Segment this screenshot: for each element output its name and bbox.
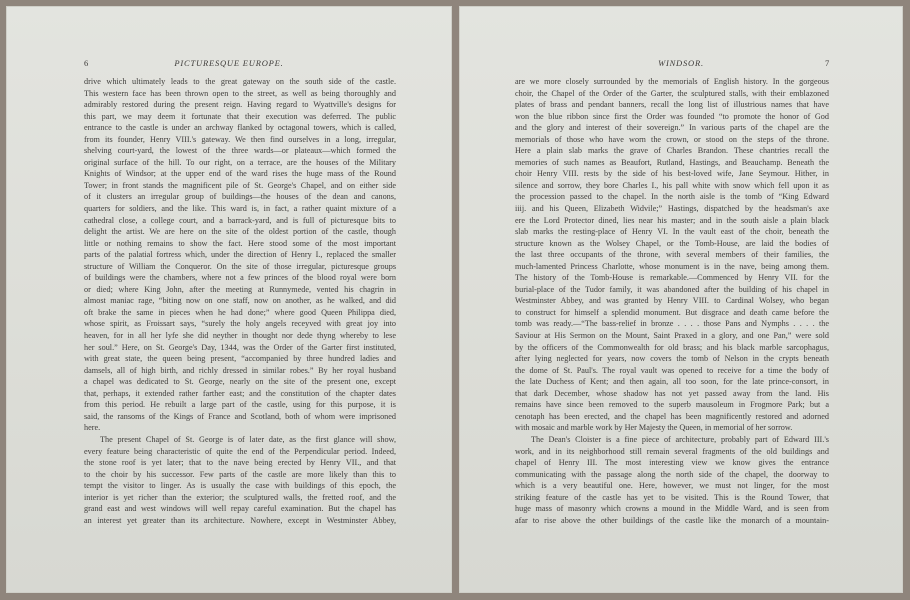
text-line: damsels, all of high birth, and richly d… — [84, 365, 396, 377]
text-line: choir Henry VIII. rests by the side of h… — [515, 168, 829, 180]
text-line: of it clusters an irregular group of bui… — [84, 191, 396, 203]
text-line: said, the ransoms of the Kings of France… — [84, 411, 396, 423]
text-line: afar to rise above the other buildings o… — [515, 515, 829, 527]
text-line: structure of William the Conqueror. On t… — [84, 261, 396, 273]
text-line: after lying neglected for years, now cov… — [515, 353, 829, 365]
text-line: memorials of those who have worn the cro… — [515, 134, 829, 146]
text-line: to the choir by his successor. Few parts… — [84, 469, 396, 481]
text-line: a chapel was dedicated to St. George, ne… — [84, 376, 396, 388]
text-line: of buildings were the chambers, where no… — [84, 272, 396, 284]
text-line: Saviour at His Sermon on the Mount, Sain… — [515, 330, 829, 342]
text-line: entrance to the castle is under an archw… — [84, 122, 396, 134]
text-line: that, perhaps, it extended rather farthe… — [84, 388, 396, 400]
text-line: or died; where King John, after the meet… — [84, 284, 396, 296]
text-line: tomb was ready.—“The bass-relief in bron… — [515, 318, 829, 330]
text-line: huge mass of masonry which crowns a moun… — [515, 503, 829, 515]
text-line: the procession passed to the chapel. In … — [515, 191, 829, 203]
text-line: admirably restored during the present re… — [84, 99, 396, 111]
text-line: quarters for soldiers, and the like. Thi… — [84, 203, 396, 215]
text-line: chapel of Henry III. The most interestin… — [515, 457, 829, 469]
text-line: This western face has been thrown open t… — [84, 88, 396, 100]
text-line: iiij. and his Queen, Elizabeth Widvile;”… — [515, 203, 829, 215]
running-title: WINDSOR. — [459, 58, 903, 68]
text-line: Knights of Windsor; at the upper end of … — [84, 168, 396, 180]
text-line: structure known as the Wolsey Chapel, or… — [515, 238, 829, 250]
text-line: plates of brass and pendant banners, rec… — [515, 99, 829, 111]
text-line: work, and in its neighborhood still rema… — [515, 446, 829, 458]
text-line: interior is yet richer than the exterior… — [84, 492, 396, 504]
text-line: remains have since been removed to the s… — [515, 399, 829, 411]
text-line: burial-place of the Tudor family, it was… — [515, 284, 829, 296]
text-line: her soul.” Here, on St. George's Day, 13… — [84, 342, 396, 354]
text-line: oft brake the same in pieces when he had… — [84, 307, 396, 319]
text-line: The present Chapel of St. George is of l… — [84, 434, 396, 446]
right-page: WINDSOR. 7 are we more closely surrounde… — [459, 6, 903, 593]
right-page-body-text: are we more closely surrounded by the me… — [515, 76, 829, 526]
text-line: original surface of the hill. To our rig… — [84, 157, 396, 169]
page-number: 7 — [825, 58, 829, 68]
text-line: from its founder, Henry VIII.'s gateway.… — [84, 134, 396, 146]
text-line: choir, the Chapel of the Order of the Ga… — [515, 88, 829, 100]
running-title: PICTURESQUE EUROPE. — [6, 58, 452, 68]
text-line: that dark December, whose shadow has not… — [515, 388, 829, 400]
text-line: with great state, the queen being presen… — [84, 353, 396, 365]
text-line: slab marks the resting-place of Henry VI… — [515, 226, 829, 238]
text-line: The history of the Tomb-House is remarka… — [515, 272, 829, 284]
text-line: the dome of St. Paul's. The royal vault … — [515, 365, 829, 377]
text-line: by the officers of the Commonwealth for … — [515, 342, 829, 354]
text-line: silence and sorrow, they bore Charles I.… — [515, 180, 829, 192]
text-line: delight the artist. We are here on the s… — [84, 226, 396, 238]
text-line: Here a plain slab marks the grave of Cha… — [515, 145, 829, 157]
text-line: almost maniac rage, “biting now on one s… — [84, 295, 396, 307]
text-line: won the blue ribbon since first the Orde… — [515, 111, 829, 123]
left-page: 6 PICTURESQUE EUROPE. drive which ultima… — [6, 6, 452, 593]
text-line: the late Duchess of Kent; and then again… — [515, 376, 829, 388]
text-line: heaven, for in all her lyfe she did neyt… — [84, 330, 396, 342]
text-line: memories of such names as Beaufort, Rutl… — [515, 157, 829, 169]
text-line: shelving court-yard, the lowest of the t… — [84, 145, 396, 157]
text-line: Tower; in front stands the magnificent p… — [84, 180, 396, 192]
text-line: parts of the palatial fortress which, un… — [84, 249, 396, 261]
text-line: Westminster Abbey, and was granted by He… — [515, 295, 829, 307]
text-line: from this period. He rebuilt a large par… — [84, 399, 396, 411]
text-line: cathedral close, a college court, and a … — [84, 215, 396, 227]
left-page-body-text: drive which ultimately leads to the grea… — [84, 76, 396, 526]
text-line: tempt the visitor to linger. As is usual… — [84, 480, 396, 492]
text-line: whose spirit, as Froissart says, “surely… — [84, 318, 396, 330]
text-line: grand east and west windows will well re… — [84, 503, 396, 515]
text-line: little or nothing remains to show the fa… — [84, 238, 396, 250]
text-line: much-lamented Princess Charlotte, whose … — [515, 261, 829, 273]
text-line: the last three occupants of the throne, … — [515, 249, 829, 261]
text-line: ere the Lord Protector dined, lies near … — [515, 215, 829, 227]
text-line: this part, we may deem it fortunate that… — [84, 111, 396, 123]
right-page-header: WINDSOR. 7 — [459, 58, 903, 70]
text-line: are we more closely surrounded by the me… — [515, 76, 829, 88]
text-line: and the glory and interest of their sove… — [515, 122, 829, 134]
left-page-header: 6 PICTURESQUE EUROPE. — [6, 58, 452, 70]
text-line: to construct for himself a splendid monu… — [515, 307, 829, 319]
text-line: with mosaic and marble work by Her Majes… — [515, 422, 829, 434]
text-line: The Dean's Cloister is a fine piece of a… — [515, 434, 829, 446]
text-line: every feature being characteristic of qu… — [84, 446, 396, 458]
text-line: an interest yet greater than its archite… — [84, 515, 396, 527]
text-line: which is a very beautiful one. Here, how… — [515, 480, 829, 492]
text-line: here. — [84, 422, 396, 434]
text-line: the stone roof is yet later; that to the… — [84, 457, 396, 469]
text-line: striking feature of the castle has yet t… — [515, 492, 829, 504]
text-line: drive which ultimately leads to the grea… — [84, 76, 396, 88]
text-line: communicating with the passage along the… — [515, 469, 829, 481]
text-line: cenotaph has been erected, and the chape… — [515, 411, 829, 423]
